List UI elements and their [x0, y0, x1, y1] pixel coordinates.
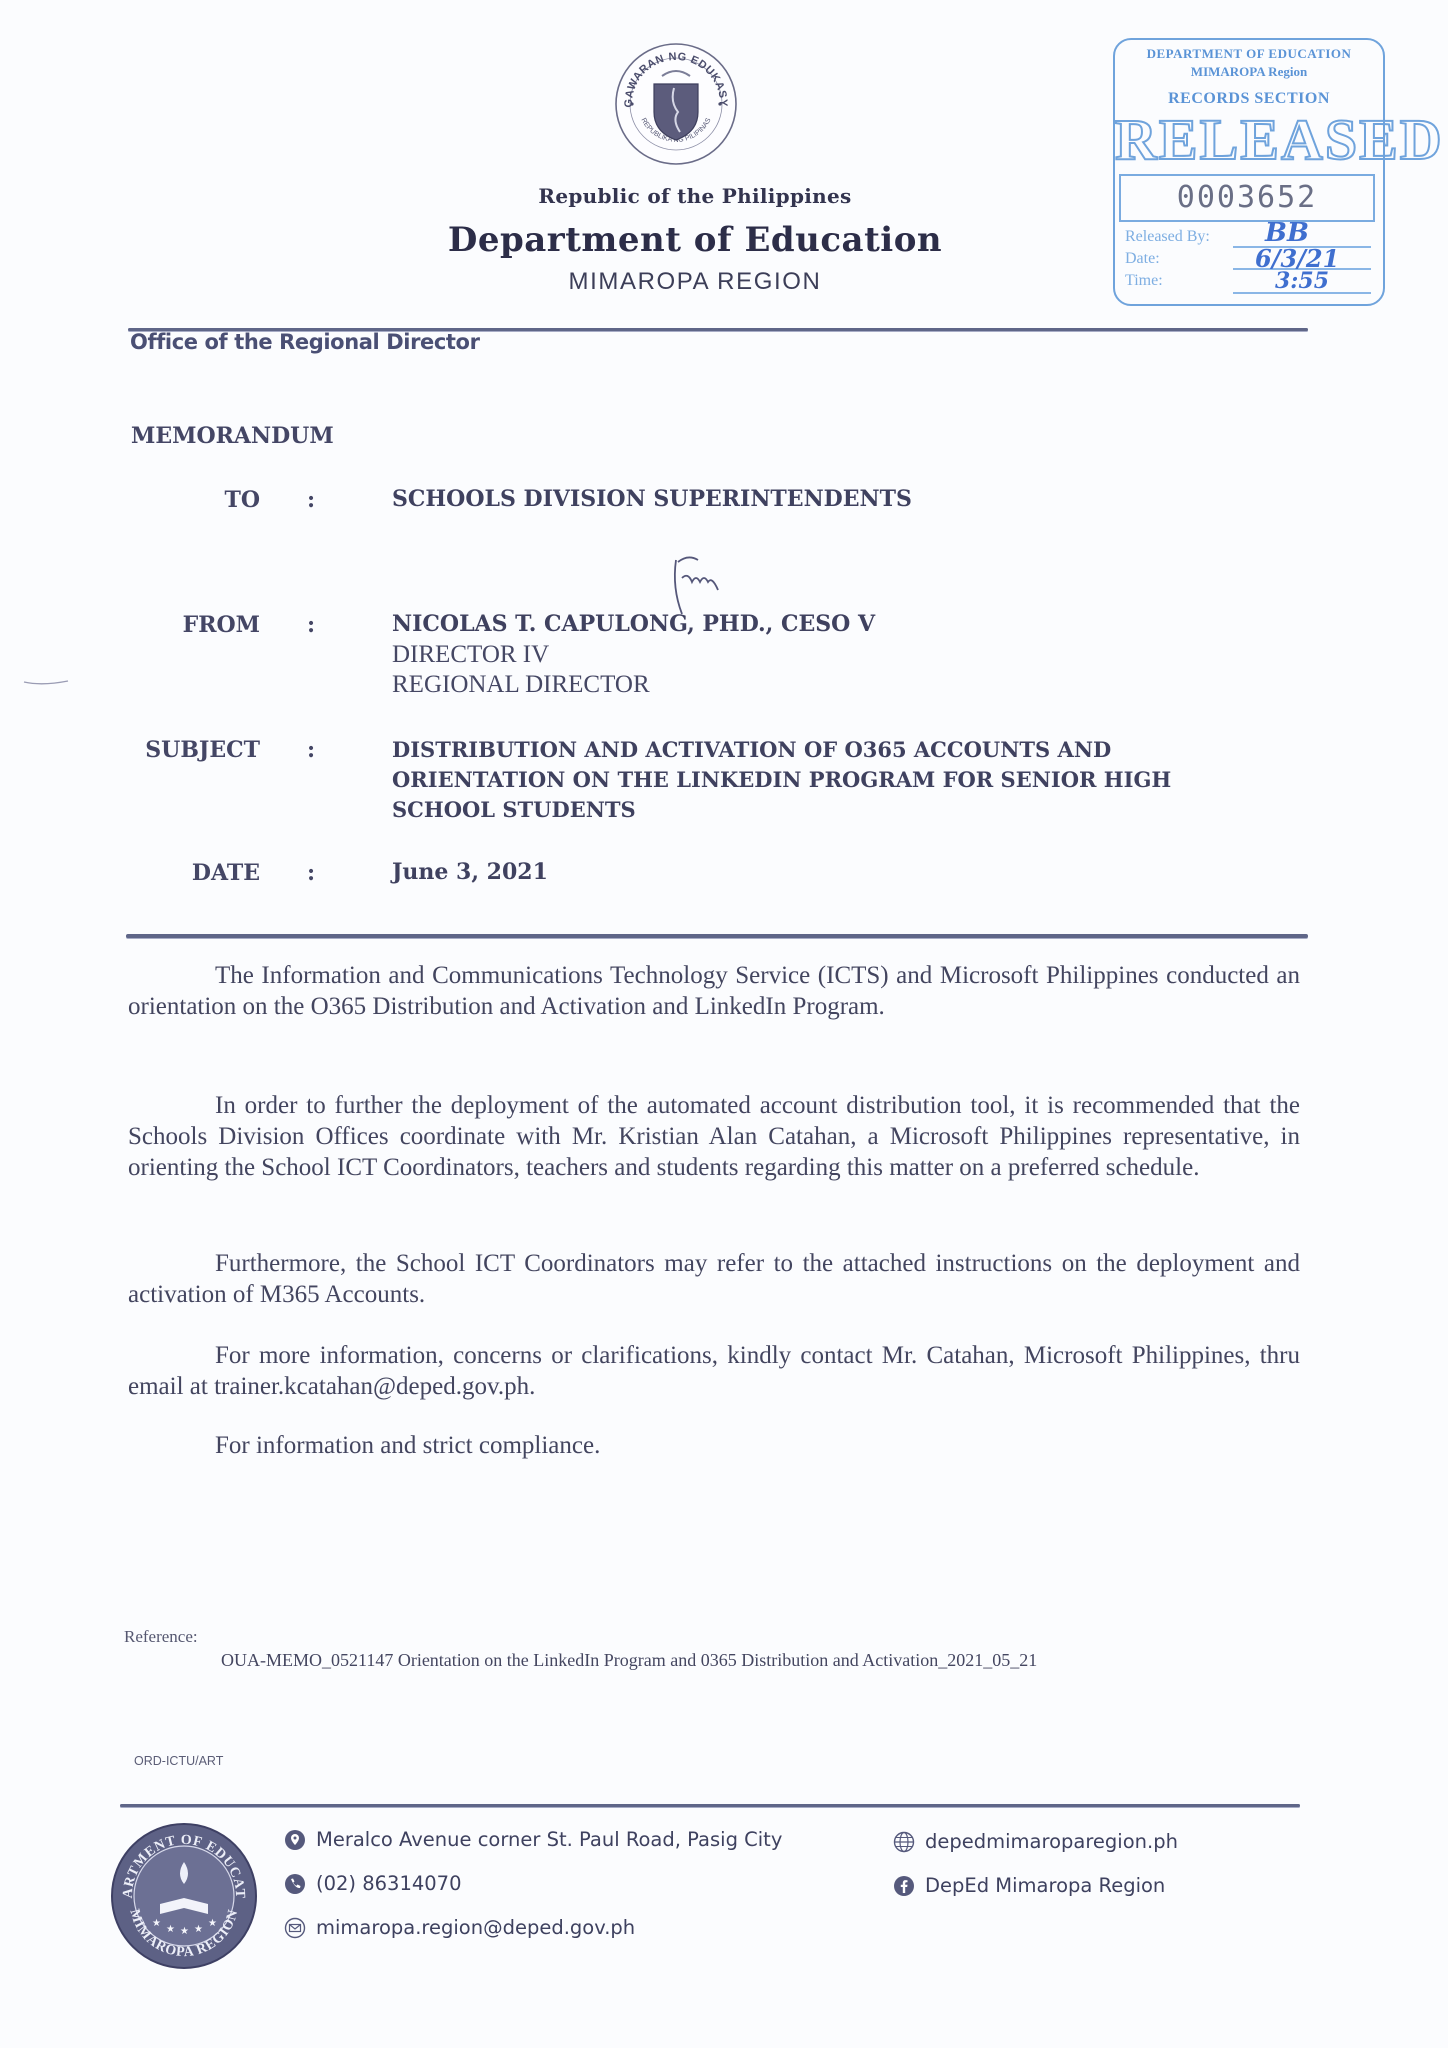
- records-released-stamp: DEPARTMENT OF EDUCATION MIMAROPA Region …: [1113, 38, 1385, 306]
- body-paragraph-1: The Information and Communications Techn…: [128, 960, 1300, 1022]
- memo-type: MEMORANDUM: [131, 423, 334, 449]
- to-colon: :: [307, 487, 315, 513]
- date-colon: :: [307, 860, 315, 886]
- stamp-released-by-label: Released By:: [1125, 228, 1210, 246]
- stamp-time-handwriting: 3:55: [1275, 268, 1329, 294]
- stamp-region: MIMAROPA Region: [1115, 64, 1383, 80]
- svg-text:★: ★: [194, 1924, 203, 1935]
- body-paragraph-3: Furthermore, the School ICT Coordinators…: [128, 1248, 1300, 1310]
- reference-text: OUA-MEMO_0521147 Orientation on the Link…: [221, 1650, 1037, 1671]
- footer-email: mimaropa.region@deped.gov.ph: [284, 1916, 635, 1939]
- envelope-icon: [284, 1917, 306, 1939]
- office-name: Office of the Regional Director: [130, 330, 480, 354]
- svg-text:★: ★: [152, 1918, 161, 1929]
- svg-text:★: ★: [180, 1926, 189, 1937]
- stamp-date-label: Date:: [1125, 250, 1160, 268]
- from-title-1: DIRECTOR IV: [392, 641, 549, 669]
- deped-seal-logo: KAGAWARAN NG EDUKASYON REPUBLIKA NG PILI…: [614, 42, 738, 166]
- memo-date: June 3, 2021: [392, 857, 548, 887]
- body-paragraph-2: In order to further the deployment of th…: [128, 1090, 1300, 1183]
- from-colon: :: [307, 612, 315, 638]
- svg-text:★: ★: [208, 1918, 217, 1929]
- deped-mimaropa-seal-logo: DEPARTMENT OF EDUCATION MIMAROPA REGION …: [110, 1822, 258, 1970]
- facebook-icon: [893, 1875, 915, 1897]
- from-label: FROM: [110, 612, 260, 638]
- subject-colon: :: [307, 737, 315, 763]
- stamp-control-number: 0003652: [1119, 174, 1375, 222]
- stamp-section: RECORDS SECTION: [1115, 90, 1383, 108]
- body-paragraph-4: For more information, concerns or clarif…: [128, 1340, 1300, 1402]
- scan-mark: [22, 678, 72, 688]
- subject-line-2: ORIENTATION ON THE LINKEDIN PROGRAM FOR …: [392, 765, 1171, 795]
- from-title-2: REGIONAL DIRECTOR: [392, 671, 650, 699]
- footer-website-text: depedmimaroparegion.ph: [925, 1830, 1178, 1853]
- to-recipient: SCHOOLS DIVISION SUPERINTENDENTS: [392, 484, 912, 514]
- footer-facebook: DepEd Mimaropa Region: [893, 1874, 1165, 1897]
- footer-email-text: mimaropa.region@deped.gov.ph: [316, 1916, 635, 1939]
- stamp-time-label: Time:: [1125, 272, 1163, 290]
- footer-phone-text: (02) 86314070: [316, 1872, 461, 1895]
- footer-divider: [120, 1804, 1300, 1807]
- office-initials: ORD-ICTU/ART: [134, 1754, 223, 1768]
- from-name: NICOLAS T. CAPULONG, PHD., CESO V: [392, 609, 875, 639]
- footer-address: Meralco Avenue corner St. Paul Road, Pas…: [284, 1828, 782, 1851]
- subject-line-3: SCHOOL STUDENTS: [392, 795, 636, 825]
- footer-website: depedmimaroparegion.ph: [893, 1830, 1178, 1853]
- body-paragraph-5: For information and strict compliance.: [128, 1430, 1300, 1461]
- globe-icon: [893, 1831, 915, 1853]
- memo-header-divider: [126, 934, 1308, 938]
- subject-label: SUBJECT: [110, 737, 260, 763]
- footer-facebook-text: DepEd Mimaropa Region: [925, 1874, 1165, 1897]
- reference-label: Reference:: [124, 1627, 198, 1647]
- location-pin-icon: [284, 1829, 306, 1851]
- footer-phone: (02) 86314070: [284, 1872, 461, 1895]
- svg-text:★: ★: [166, 1924, 175, 1935]
- date-label: DATE: [110, 860, 260, 886]
- phone-icon: [284, 1873, 306, 1895]
- footer-address-text: Meralco Avenue corner St. Paul Road, Pas…: [316, 1828, 782, 1851]
- stamp-status: RELEASED: [1115, 110, 1383, 170]
- stamp-department: DEPARTMENT OF EDUCATION: [1115, 46, 1383, 62]
- subject-line-1: DISTRIBUTION AND ACTIVATION OF O365 ACCO…: [392, 735, 1111, 765]
- to-label: TO: [110, 487, 260, 513]
